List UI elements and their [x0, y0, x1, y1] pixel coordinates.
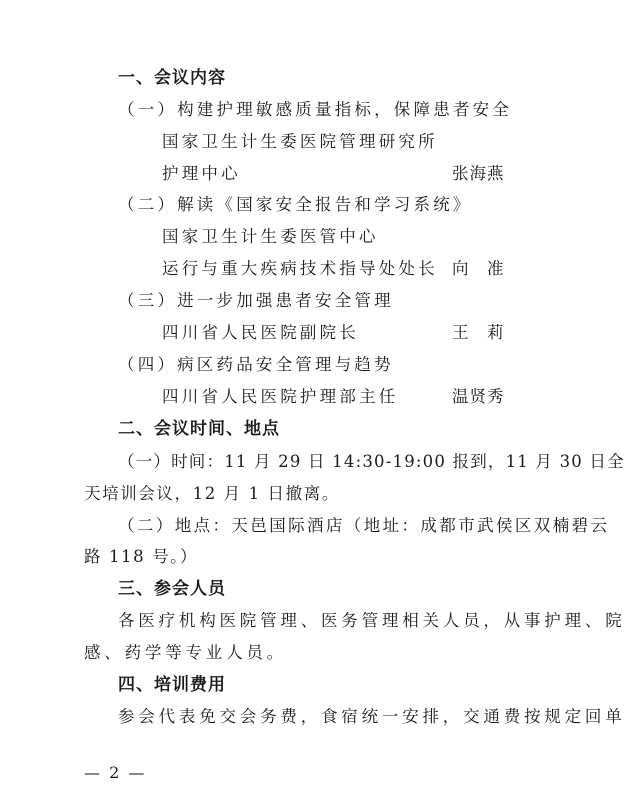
section-heading-attendees: 三、参会人员 — [118, 579, 226, 599]
agenda-item-4-speaker: 温贤秀 — [452, 387, 505, 407]
meeting-place-line-2: 路 118 号。） — [84, 547, 198, 567]
training-fees-line-1: 参会代表免交会务费，食宿统一安排，交通费按规定回单 — [118, 707, 626, 727]
agenda-item-2-speaker: 向 准 — [452, 259, 505, 279]
agenda-item-1-title: （一）构建护理敏感质量指标，保障患者安全 — [118, 100, 512, 120]
agenda-item-3-org: 四川省人民医院副院长 — [162, 323, 359, 343]
meeting-place-line-1: （二）地点：天邑国际酒店（地址：成都市武侯区双楠碧云 — [118, 516, 609, 536]
attendees-line-1: 各医疗机构医院管理、医务管理相关人员，从事护理、院 — [118, 611, 626, 631]
agenda-item-3-title: （三）进一步加强患者安全管理 — [118, 291, 394, 311]
agenda-item-2-org: 国家卫生计生委医管中心 — [162, 227, 379, 247]
attendees-line-2: 感、药学等专业人员。 — [84, 643, 287, 663]
agenda-item-1-dept: 护理中心 — [162, 164, 241, 184]
meeting-time-line-2: 天培训会议，12 月 1 日撤离。 — [84, 484, 340, 504]
page-number: — 2 — — [84, 763, 146, 782]
agenda-item-3-speaker: 王 莉 — [452, 323, 505, 343]
section-heading-time-place: 二、会议时间、地点 — [118, 419, 280, 439]
agenda-item-4-org: 四川省人民医院护理部主任 — [162, 387, 398, 407]
agenda-item-4-title: （四）病区药品安全管理与趋势 — [118, 355, 394, 375]
agenda-item-2-title: （二）解读《国家安全报告和学习系统》 — [118, 195, 473, 215]
meeting-time-line-1: （一）时间：11 月 29 日 14:30-19:00 报到，11 月 30 日… — [118, 452, 625, 472]
section-heading-meeting-content: 一、会议内容 — [118, 68, 226, 88]
agenda-item-2-dept: 运行与重大疾病技术指导处处长 — [162, 259, 438, 279]
agenda-item-1-org: 国家卫生计生委医院管理研究所 — [162, 132, 438, 152]
agenda-item-1-speaker: 张海燕 — [452, 164, 505, 184]
section-heading-training-fees: 四、培训费用 — [118, 675, 226, 695]
